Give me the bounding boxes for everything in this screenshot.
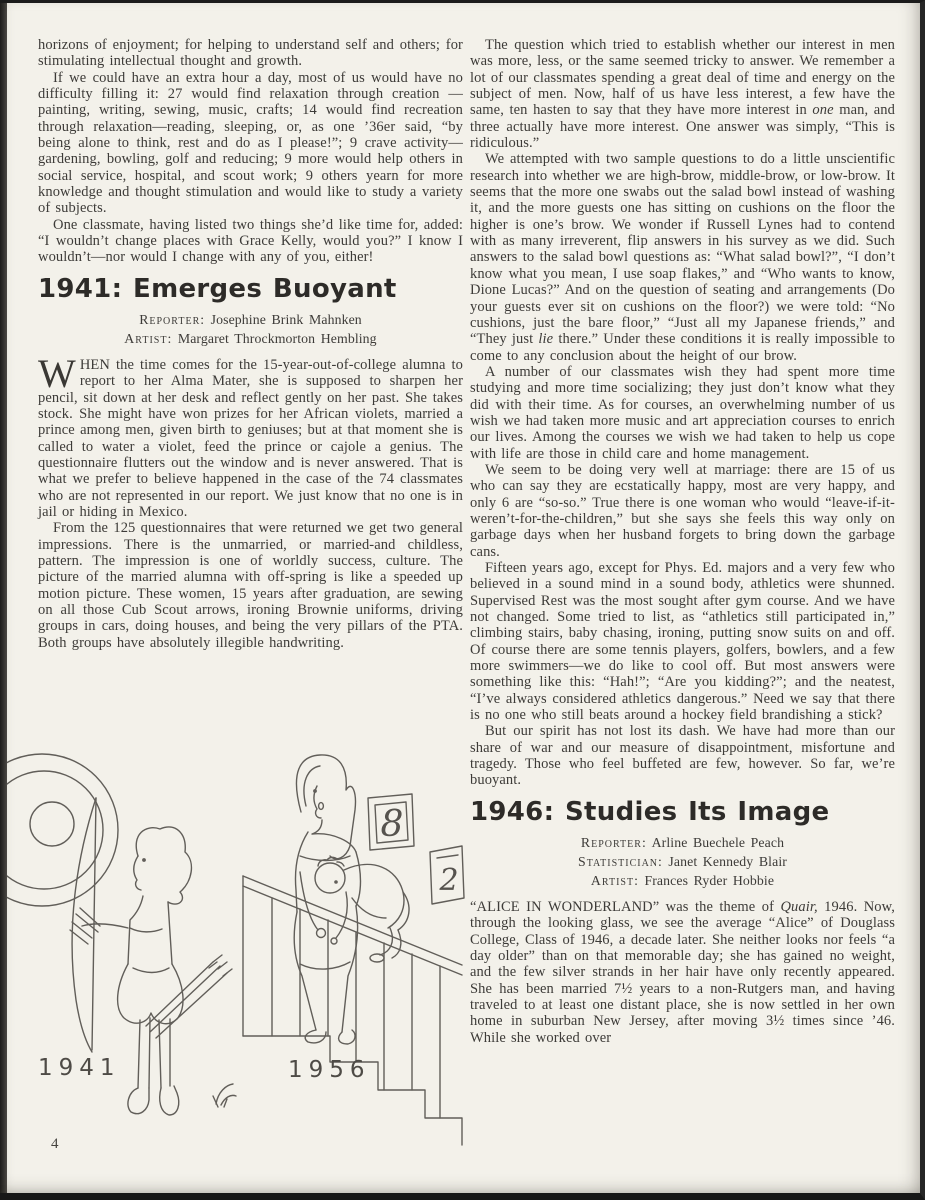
scanned-yearbook-page: horizons of enjoyment; for helping to un… xyxy=(0,0,925,1200)
staircase-drawing xyxy=(243,876,462,1145)
illustration-caption-1941: 1941 xyxy=(38,1055,121,1081)
paragraph: If we could have an extra hour a day, mo… xyxy=(38,70,463,217)
byline-artist: Artist: Margaret Throckmorton Hembling xyxy=(38,329,463,348)
byline-role-label: Artist: xyxy=(591,873,639,888)
illustration-1941-vs-1956-drawing: 8 2 xyxy=(0,748,465,1148)
drop-cap-letter: W xyxy=(38,357,80,388)
illustration-caption-1956: 1956 xyxy=(288,1057,371,1083)
byline-role-label: Artist: xyxy=(124,331,172,346)
byline-role-label: Reporter: xyxy=(581,835,647,850)
left-column: horizons of enjoyment; for helping to un… xyxy=(38,37,463,651)
page-number: 4 xyxy=(51,1136,59,1153)
byline-reporter: Reporter: Josephine Brink Mahnken xyxy=(38,310,463,329)
paragraph-text: HEN the time comes for the 15-year-out-o… xyxy=(38,357,463,520)
byline-role-label: Statistician: xyxy=(578,854,663,869)
frame-number: 8 xyxy=(381,804,404,845)
paragraph: We seem to be doing very well at marriag… xyxy=(470,462,895,560)
archery-target-drawing xyxy=(0,754,118,906)
byline-name: Josephine Brink Mahnken xyxy=(211,312,362,327)
paragraph: “ALICE IN WONDERLAND” was the theme of Q… xyxy=(470,899,895,1046)
bylines-1941: Reporter: Josephine Brink Mahnken Artist… xyxy=(38,310,463,348)
paragraph: We attempted with two sample questions t… xyxy=(470,151,895,363)
paragraph-dropcap: WHEN the time comes for the 15-year-out-… xyxy=(38,357,463,520)
byline-artist: Artist: Frances Ryder Hobbie xyxy=(470,871,895,890)
paragraph: Fifteen years ago, except for Phys. Ed. … xyxy=(470,560,895,723)
byline-name: Margaret Throckmorton Hembling xyxy=(178,331,377,346)
paragraph: horizons of enjoyment; for helping to un… xyxy=(38,37,463,70)
section-heading-1946: 1946: Studies Its Image xyxy=(470,797,895,828)
frame-number: 2 xyxy=(438,863,458,898)
byline-name: Arline Buechele Peach xyxy=(652,835,785,850)
section-heading-1941: 1941: Emerges Buoyant xyxy=(38,274,463,305)
picture-frame-drawing: 8 2 xyxy=(368,794,464,904)
paragraph: One classmate, having listed two things … xyxy=(38,217,463,266)
bylines-1946: Reporter: Arline Buechele Peach Statisti… xyxy=(470,833,895,890)
plant-sprig-drawing xyxy=(213,1084,236,1107)
byline-name: Janet Kennedy Blair xyxy=(668,854,787,869)
byline-reporter: Reporter: Arline Buechele Peach xyxy=(470,833,895,852)
line-drawing: 8 2 xyxy=(0,748,465,1148)
paragraph: But our spirit has not lost its dash. We… xyxy=(470,723,895,788)
byline-statistician: Statistician: Janet Kennedy Blair xyxy=(470,852,895,871)
right-column: The question which tried to establish wh… xyxy=(470,37,895,1046)
paragraph: From the 125 questionnaires that were re… xyxy=(38,520,463,651)
paragraph: The question which tried to establish wh… xyxy=(470,37,895,151)
byline-name: Frances Ryder Hobbie xyxy=(644,873,774,888)
paragraph: A number of our classmates wish they had… xyxy=(470,364,895,462)
woman-with-baby-drawing xyxy=(294,755,409,1044)
byline-role-label: Reporter: xyxy=(139,312,205,327)
